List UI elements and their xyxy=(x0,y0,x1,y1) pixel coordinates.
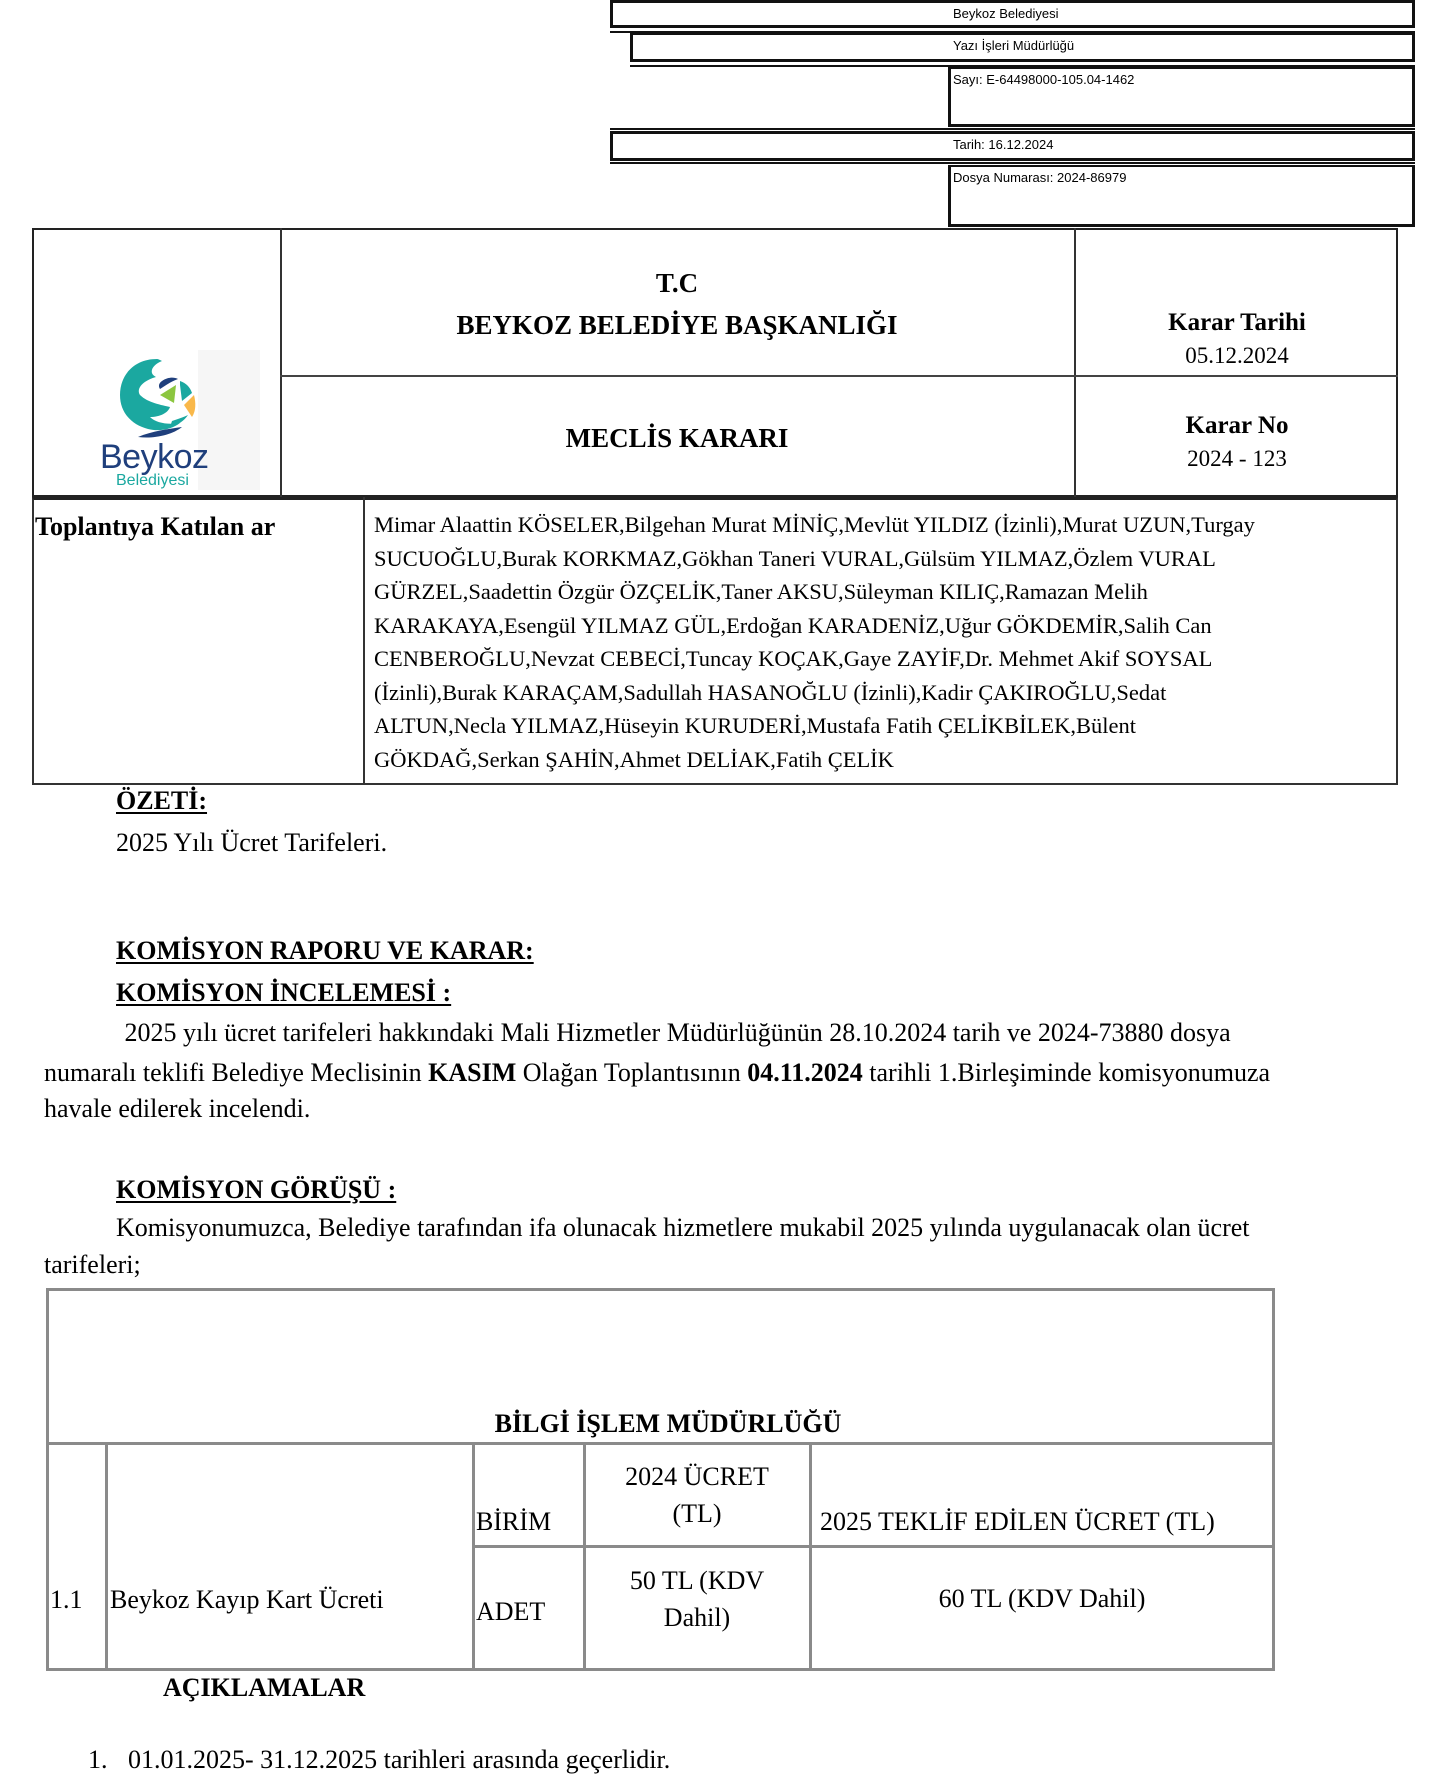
decision-no-label: Karar No xyxy=(1186,412,1289,440)
divider xyxy=(583,1443,586,1671)
column-fee-2025: 2025 TEKLİF EDİLEN ÜCRET (TL) xyxy=(820,1507,1215,1537)
row-item: Beykoz Kayıp Kart Ücreti xyxy=(110,1585,384,1615)
divider xyxy=(1074,228,1076,497)
review-text: tarihli 1.Birleşiminde komisyonumuza xyxy=(863,1058,1270,1087)
note-item: 1. 01.01.2025- 31.12.2025 tarihleri aras… xyxy=(88,1745,670,1775)
stamp-department: Yazı İşleri Müdürlüğü xyxy=(953,38,1074,53)
header-line1: T.C xyxy=(656,268,698,299)
document-type: MECLİS KARARI xyxy=(566,423,789,454)
opinion-line-2: tarifeleri; xyxy=(44,1250,141,1280)
review-month: KASIM xyxy=(428,1058,516,1087)
beykoz-logo: Beykoz Belediyesi xyxy=(50,350,260,490)
stamp-organization-box: Beykoz Belediyesi xyxy=(610,0,1415,28)
column-unit: BİRİM xyxy=(476,1507,551,1537)
commission-review-heading: KOMİSYON İNCELEMESİ : xyxy=(116,978,451,1008)
commission-report-heading: KOMİSYON RAPORU VE KARAR: xyxy=(116,936,534,966)
review-line-2: numaralı teklifi Belediye Meclisinin KAS… xyxy=(44,1058,1270,1088)
decision-date: 05.12.2024 xyxy=(1185,343,1289,369)
review-date: 04.11.2024 xyxy=(747,1058,863,1087)
attendee-line: ALTUN,Necla YILMAZ,Hüseyin KURUDERİ,Must… xyxy=(374,709,1374,743)
stamp-dosya-box: Dosya Numarası: 2024-86979 xyxy=(948,165,1415,227)
commission-opinion-heading: KOMİSYON GÖRÜŞÜ : xyxy=(116,1175,396,1205)
divider xyxy=(363,497,365,785)
review-text: numaralı teklifi Belediye Meclisinin xyxy=(44,1058,428,1087)
stamp-organization: Beykoz Belediyesi xyxy=(953,6,1059,21)
row-fee-2025: 60 TL (KDV Dahil) xyxy=(939,1580,1146,1617)
notes-heading: AÇIKLAMALAR xyxy=(163,1673,365,1703)
attendees-list: Mimar Alaattin KÖSELER,Bilgehan Murat Mİ… xyxy=(374,508,1374,776)
attendees-label: Toplantıya Katılan ar xyxy=(35,512,275,542)
row-fee-2024-line1: 50 TL (KDV xyxy=(630,1562,764,1599)
column-fee-2024-line1: 2024 ÜCRET xyxy=(625,1458,769,1495)
fee-table-department: BİLGİ İŞLEM MÜDÜRLÜĞÜ xyxy=(495,1405,842,1442)
stamp-tarih: Tarih: 16.12.2024 xyxy=(953,137,1053,152)
summary-heading: ÖZETİ: xyxy=(116,786,207,816)
divider xyxy=(473,1545,1275,1548)
attendee-line: (İzinli),Burak KARAÇAM,Sadullah HASANOĞL… xyxy=(374,676,1374,710)
stamp-department-box: Yazı İşleri Müdürlüğü xyxy=(630,33,1415,62)
attendee-line: GÜRZEL,Saadettin Özgür ÖZÇELİK,Taner AKS… xyxy=(374,575,1374,609)
row-fee-2024: 50 TL (KDV Dahil) xyxy=(630,1562,764,1636)
attendee-line: SUCUOĞLU,Burak KORKMAZ,Gökhan Taneri VUR… xyxy=(374,542,1374,576)
divider xyxy=(280,228,282,497)
beykoz-logo-icon xyxy=(112,355,202,440)
review-line-3: havale edilerek incelendi. xyxy=(44,1094,310,1124)
stamp-sayi-box: Sayı: E-64498000-105.04-1462 xyxy=(948,67,1415,127)
divider xyxy=(610,128,1415,130)
review-line-1: 2025 yılı ücret tarifeleri hakkındaki Ma… xyxy=(118,1018,1231,1048)
note-text: 01.01.2025- 31.12.2025 tarihleri arasınd… xyxy=(128,1745,670,1774)
divider xyxy=(280,375,1398,377)
column-fee-2024-line2: (TL) xyxy=(625,1495,769,1532)
header-title: BEYKOZ BELEDİYE BAŞKANLIĞI xyxy=(456,310,897,341)
summary-text: 2025 Yılı Ücret Tarifeleri. xyxy=(116,828,387,858)
divider xyxy=(809,1443,812,1671)
attendee-line: KARAKAYA,Esengül YILMAZ GÜL,Erdoğan KARA… xyxy=(374,609,1374,643)
row-number: 1.1 xyxy=(50,1585,83,1615)
attendee-line: CENBEROĞLU,Nevzat CEBECİ,Tuncay KOÇAK,Ga… xyxy=(374,642,1374,676)
divider xyxy=(46,1442,1275,1445)
decision-date-label: Karar Tarihi xyxy=(1168,309,1306,337)
note-number: 1. xyxy=(88,1745,108,1774)
column-fee-2024: 2024 ÜCRET (TL) xyxy=(625,1458,769,1532)
divider xyxy=(105,1443,108,1671)
stamp-dosya: Dosya Numarası: 2024-86979 xyxy=(953,170,1126,185)
row-unit: ADET xyxy=(476,1597,545,1627)
divider xyxy=(610,162,1415,164)
stamp-sayi: Sayı: E-64498000-105.04-1462 xyxy=(953,72,1134,87)
review-text: Olağan Toplantısının xyxy=(516,1058,747,1087)
divider xyxy=(472,1443,475,1671)
stamp-tarih-box: Tarih: 16.12.2024 xyxy=(610,131,1415,161)
logo-subtitle: Belediyesi xyxy=(116,472,189,490)
attendee-line: Mimar Alaattin KÖSELER,Bilgehan Murat Mİ… xyxy=(374,508,1374,542)
attendee-line: GÖKDAĞ,Serkan ŞAHİN,Ahmet DELİAK,Fatih Ç… xyxy=(374,743,1374,777)
row-fee-2024-line2: Dahil) xyxy=(630,1599,764,1636)
decision-no: 2024 - 123 xyxy=(1187,446,1287,472)
opinion-line-1: Komisyonumuzca, Belediye tarafından ifa … xyxy=(116,1213,1250,1243)
